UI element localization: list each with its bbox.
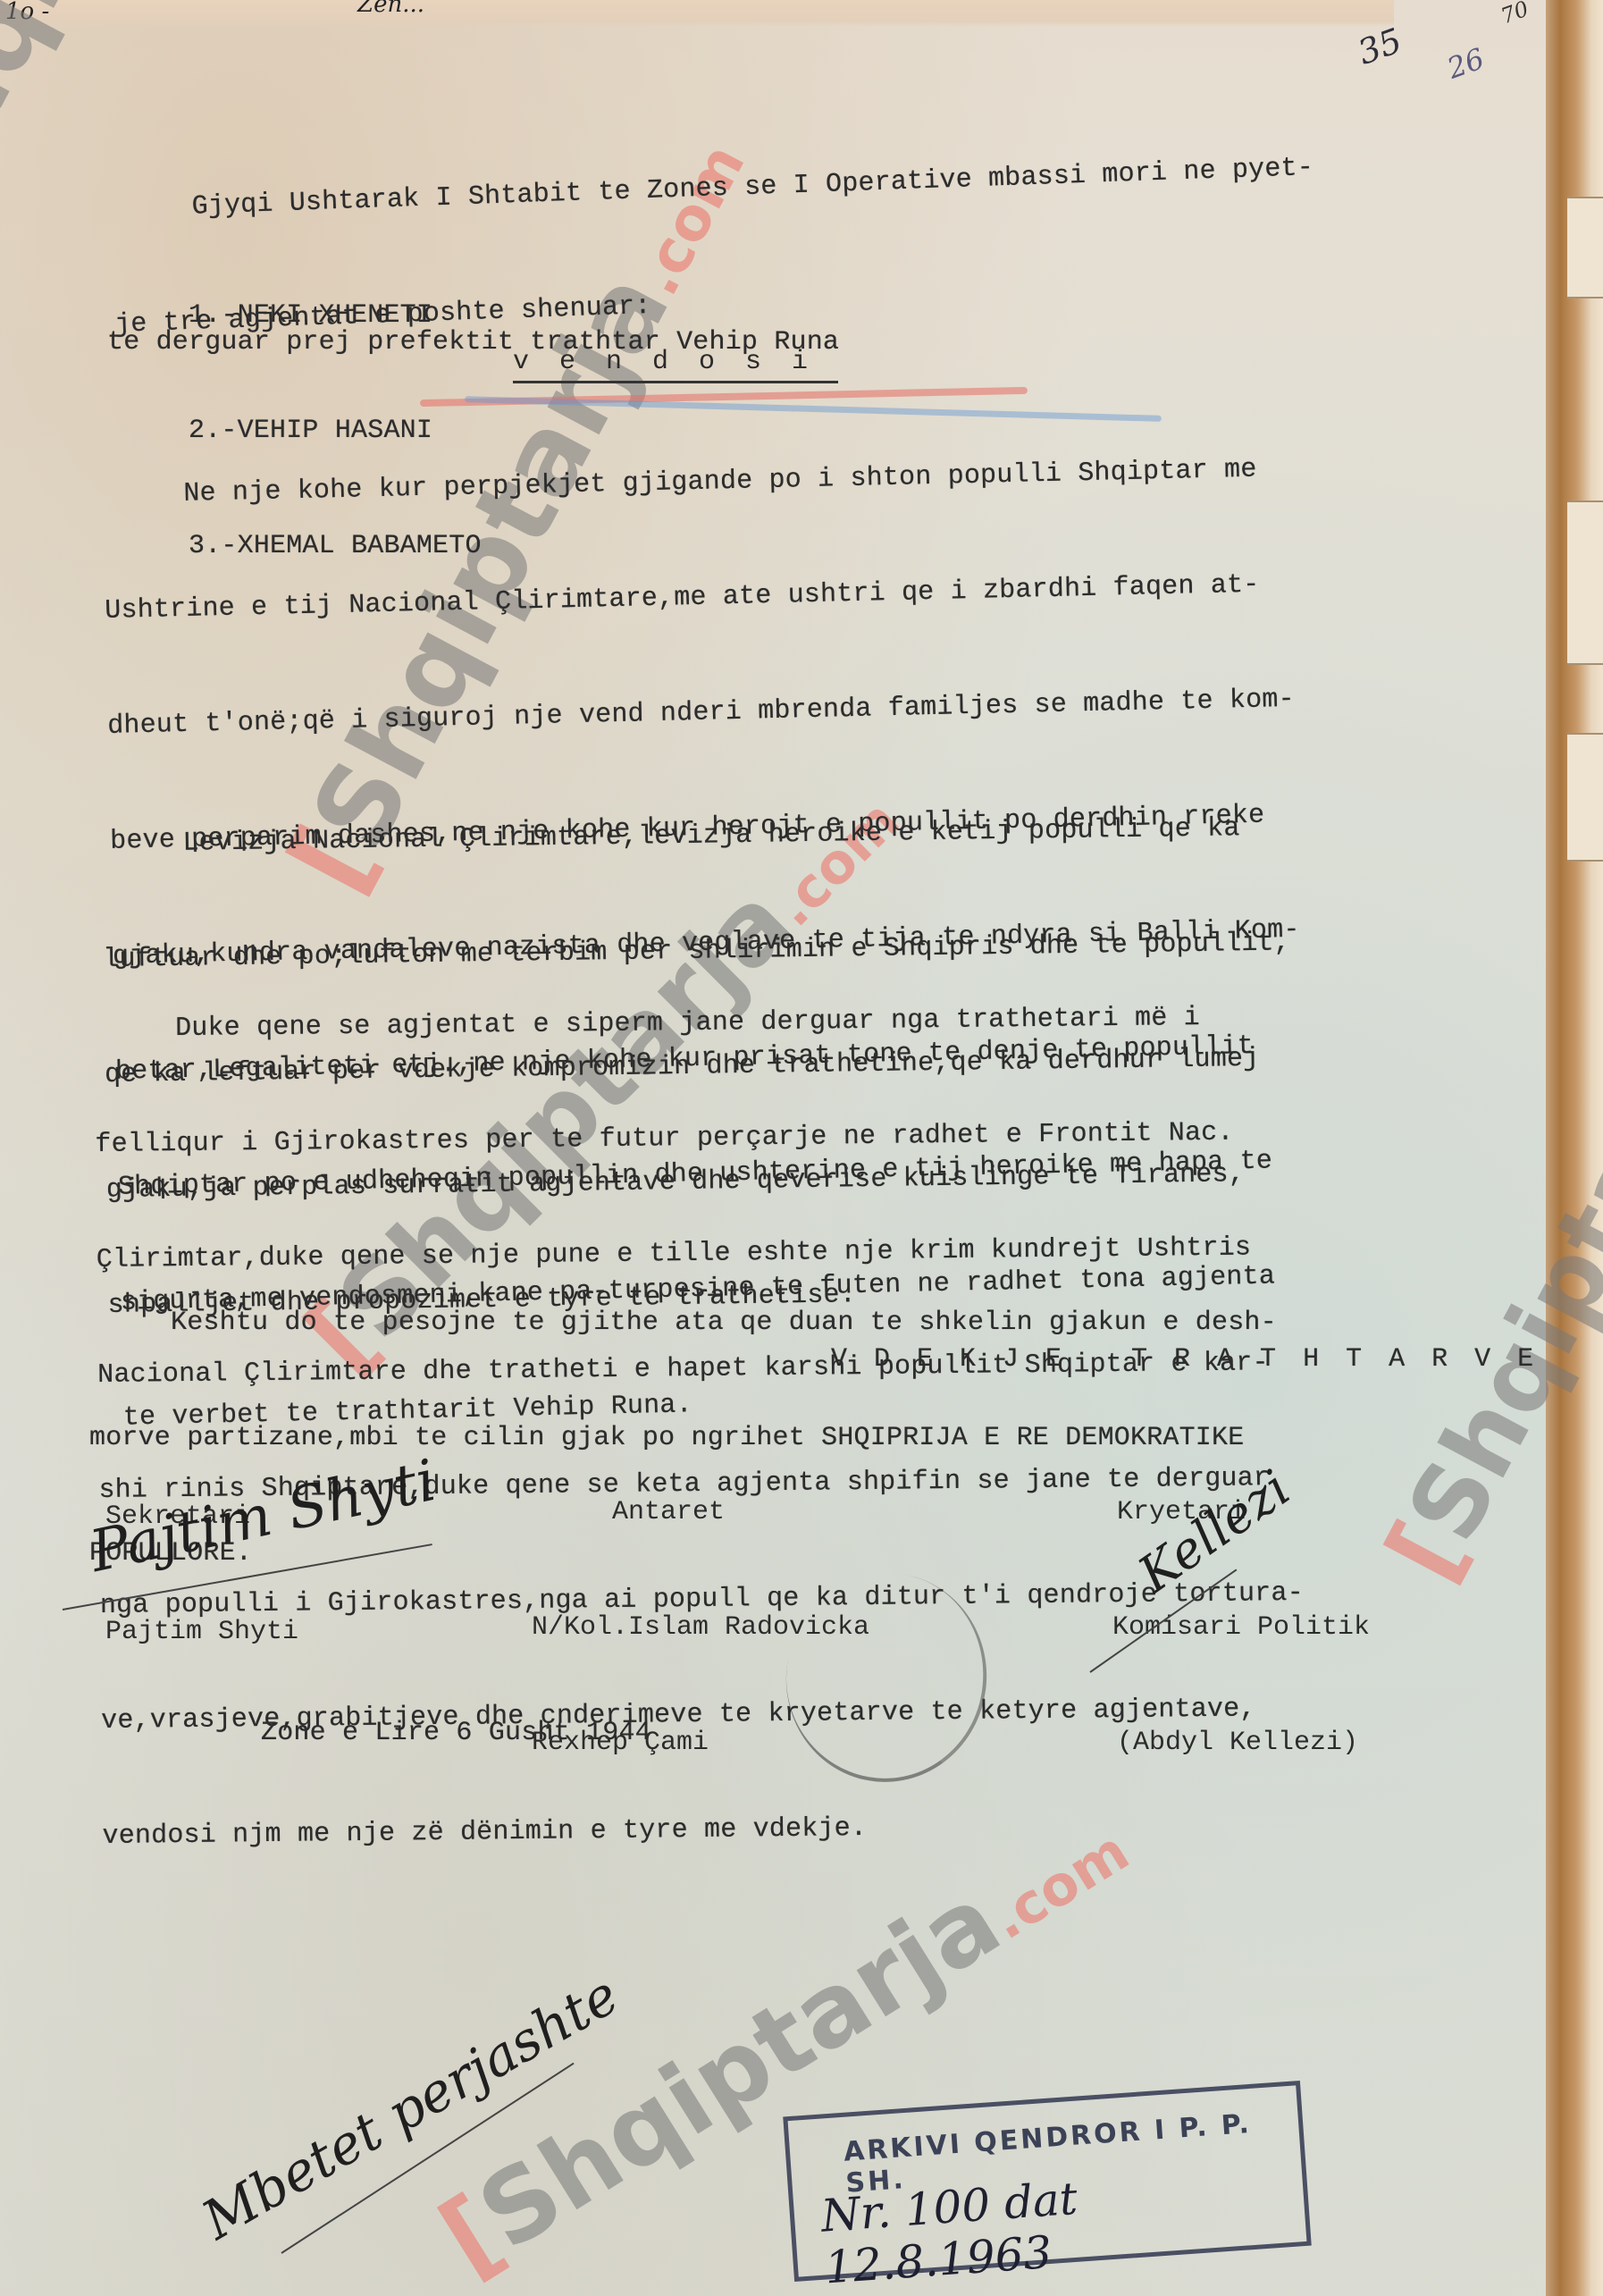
top-scrawl-left: 1o - [5,0,49,25]
secretary-name: Pajtim Shyti [105,1613,298,1652]
members-role: Antaret [532,1493,869,1532]
intro-line: Gjyqi Ushtarak I Shtabit te Zones se I O… [110,149,1314,230]
slogan: V D E K J E T R A T H T A R V E [831,1341,1539,1379]
place-date: Zone e Lire 6 Gusht 1944 [261,1714,651,1753]
chairman-block: Kryetari Komisari Politik (Abdyl Kellezi… [1117,1417,1370,1801]
decision-heading: vendosi [513,347,838,383]
top-scrawl-right: Zen... [357,0,424,18]
folder-edge [1546,0,1603,2296]
chairman-name: (Abdyl Kellezi) [1117,1724,1370,1762]
top-folded-strip: 1o - Zen... [0,0,1394,27]
archive-stamp: ARKIVI QENDROR I P. P. SH. Nr. 100 dat 1… [783,2081,1311,2282]
